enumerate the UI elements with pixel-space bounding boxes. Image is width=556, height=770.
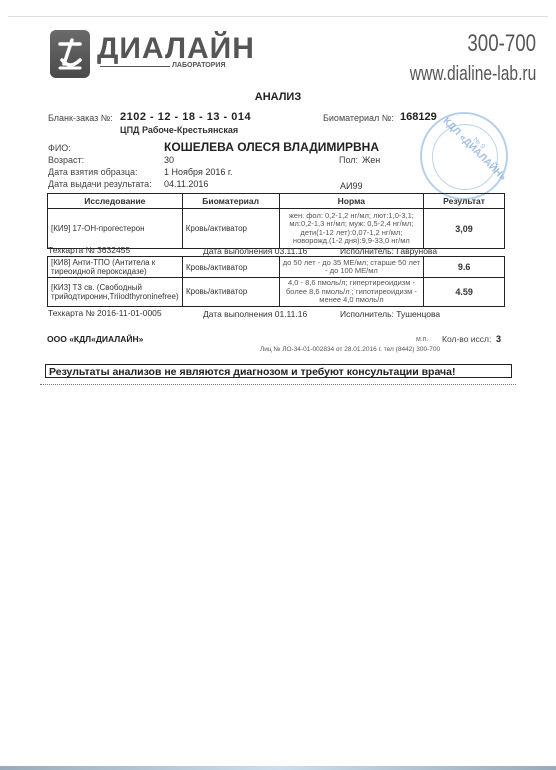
order-number: 2102 - 12 - 18 - 13 - 014	[120, 111, 251, 123]
brand-rule	[100, 66, 170, 67]
header-biomaterial: Биоматериал	[182, 194, 279, 209]
order-label: Бланк-заказ №:	[48, 113, 113, 123]
header-norm: Норма	[279, 194, 424, 209]
sex-label: Пол:	[339, 155, 358, 165]
center-name: ЦПД Рабоче-Крестьянская	[120, 125, 238, 135]
company-name: ООО «КДЛ«ДИАЛАЙН»	[47, 334, 143, 344]
biomaterial-number: 168129	[400, 111, 437, 123]
disclaimer-box: Результаты анализов не являются диагнозо…	[45, 364, 512, 378]
test-name: [КИ8] Анти-ТПО (Антитела к тиреоидной пе…	[48, 257, 183, 278]
document-title: АНАЛИЗ	[0, 91, 556, 103]
lab-stamp: КДЛ «ДИАЛАЙН» № 9	[420, 112, 508, 200]
reference-range: 4,0 - 8,6 пмоль/л; гипертиреоидизм - бол…	[279, 278, 424, 307]
header-result: Результат	[424, 194, 505, 209]
techcard-1: Техкарта № 3632455	[48, 245, 130, 255]
age-value: 30	[164, 155, 174, 165]
biomaterial-label: Биоматериал №:	[323, 113, 394, 123]
top-border	[8, 16, 548, 17]
scan-edge	[0, 766, 556, 770]
patient-code: АИ99	[340, 181, 362, 191]
table-header-row: Исследование Биоматериал Норма Результат	[48, 194, 505, 209]
biomaterial: Кровь/активатор	[182, 257, 279, 278]
result-date-value: 04.11.2016	[164, 179, 208, 189]
dotted-separator	[40, 384, 516, 385]
website-link: www.dialine-lab.ru	[409, 63, 536, 86]
test-name: [КИ9] 17-ОН-прогестерон	[48, 209, 183, 249]
patient-name: КОШЕЛЕВА ОЛЕСЯ ВЛАДИМИРВНА	[164, 140, 379, 154]
table-row: [КИ3] Т3 св. (Свободный трийодтиронин,Tr…	[48, 278, 505, 307]
sample-date-label: Дата взятия образца:	[48, 167, 138, 177]
table-row: [КИ8] Анти-ТПО (Антитела к тиреоидной пе…	[48, 257, 505, 278]
count-value: 3	[496, 334, 501, 344]
table-row: [КИ9] 17-ОН-прогестерон Кровь/активатор …	[48, 209, 505, 249]
executor-1: Исполнитель: Гаврунова	[340, 246, 437, 256]
result-value: 4.59	[424, 278, 505, 307]
count-label: Кол-во иссл:	[442, 334, 491, 344]
test-name: [КИ3] Т3 св. (Свободный трийодтиронин,Tr…	[48, 278, 183, 307]
seal-place: м.п.	[416, 336, 429, 343]
reference-range: жен. фол: 0,2-1,2 нг/мл; лют:1,0-3,1; мл…	[279, 209, 424, 249]
result-value: 9.6	[424, 257, 505, 278]
techcard-2: Техкарта № 2016-11-01-0005	[48, 308, 162, 318]
sex-value: Жен	[362, 155, 380, 165]
results-table-2: [КИ8] Анти-ТПО (Антитела к тиреоидной пе…	[47, 256, 505, 307]
phone-number: 300-700	[467, 30, 536, 58]
brand-subtitle: ЛАБОРАТОРИЯ	[172, 62, 225, 69]
exec-date-1: Дата выполнения 03.11.16	[203, 246, 307, 256]
sample-date-value: 1 Ноября 2016 г.	[164, 167, 233, 177]
fio-label: ФИО:	[48, 143, 71, 153]
executor-2: Исполнитель: Тушенцова	[340, 309, 440, 319]
age-label: Возраст:	[48, 155, 84, 165]
results-table-1: Исследование Биоматериал Норма Результат…	[47, 193, 505, 249]
license-info: Лиц № ЛО-34-01-002834 от 28.01.2016 г. т…	[260, 346, 440, 353]
logo-icon	[50, 30, 90, 78]
result-date-label: Дата выдачи результата:	[48, 179, 152, 189]
exec-date-2: Дата выполнения 01.11.16	[203, 309, 307, 319]
header-test: Исследование	[48, 194, 183, 209]
biomaterial: Кровь/активатор	[182, 278, 279, 307]
result-value: 3,09	[424, 209, 505, 249]
brand-name: ДИАЛАЙН	[97, 32, 255, 66]
reference-range: до 50 лет - до 35 МЕ/мл; старше 50 лет -…	[279, 257, 424, 278]
biomaterial: Кровь/активатор	[182, 209, 279, 249]
